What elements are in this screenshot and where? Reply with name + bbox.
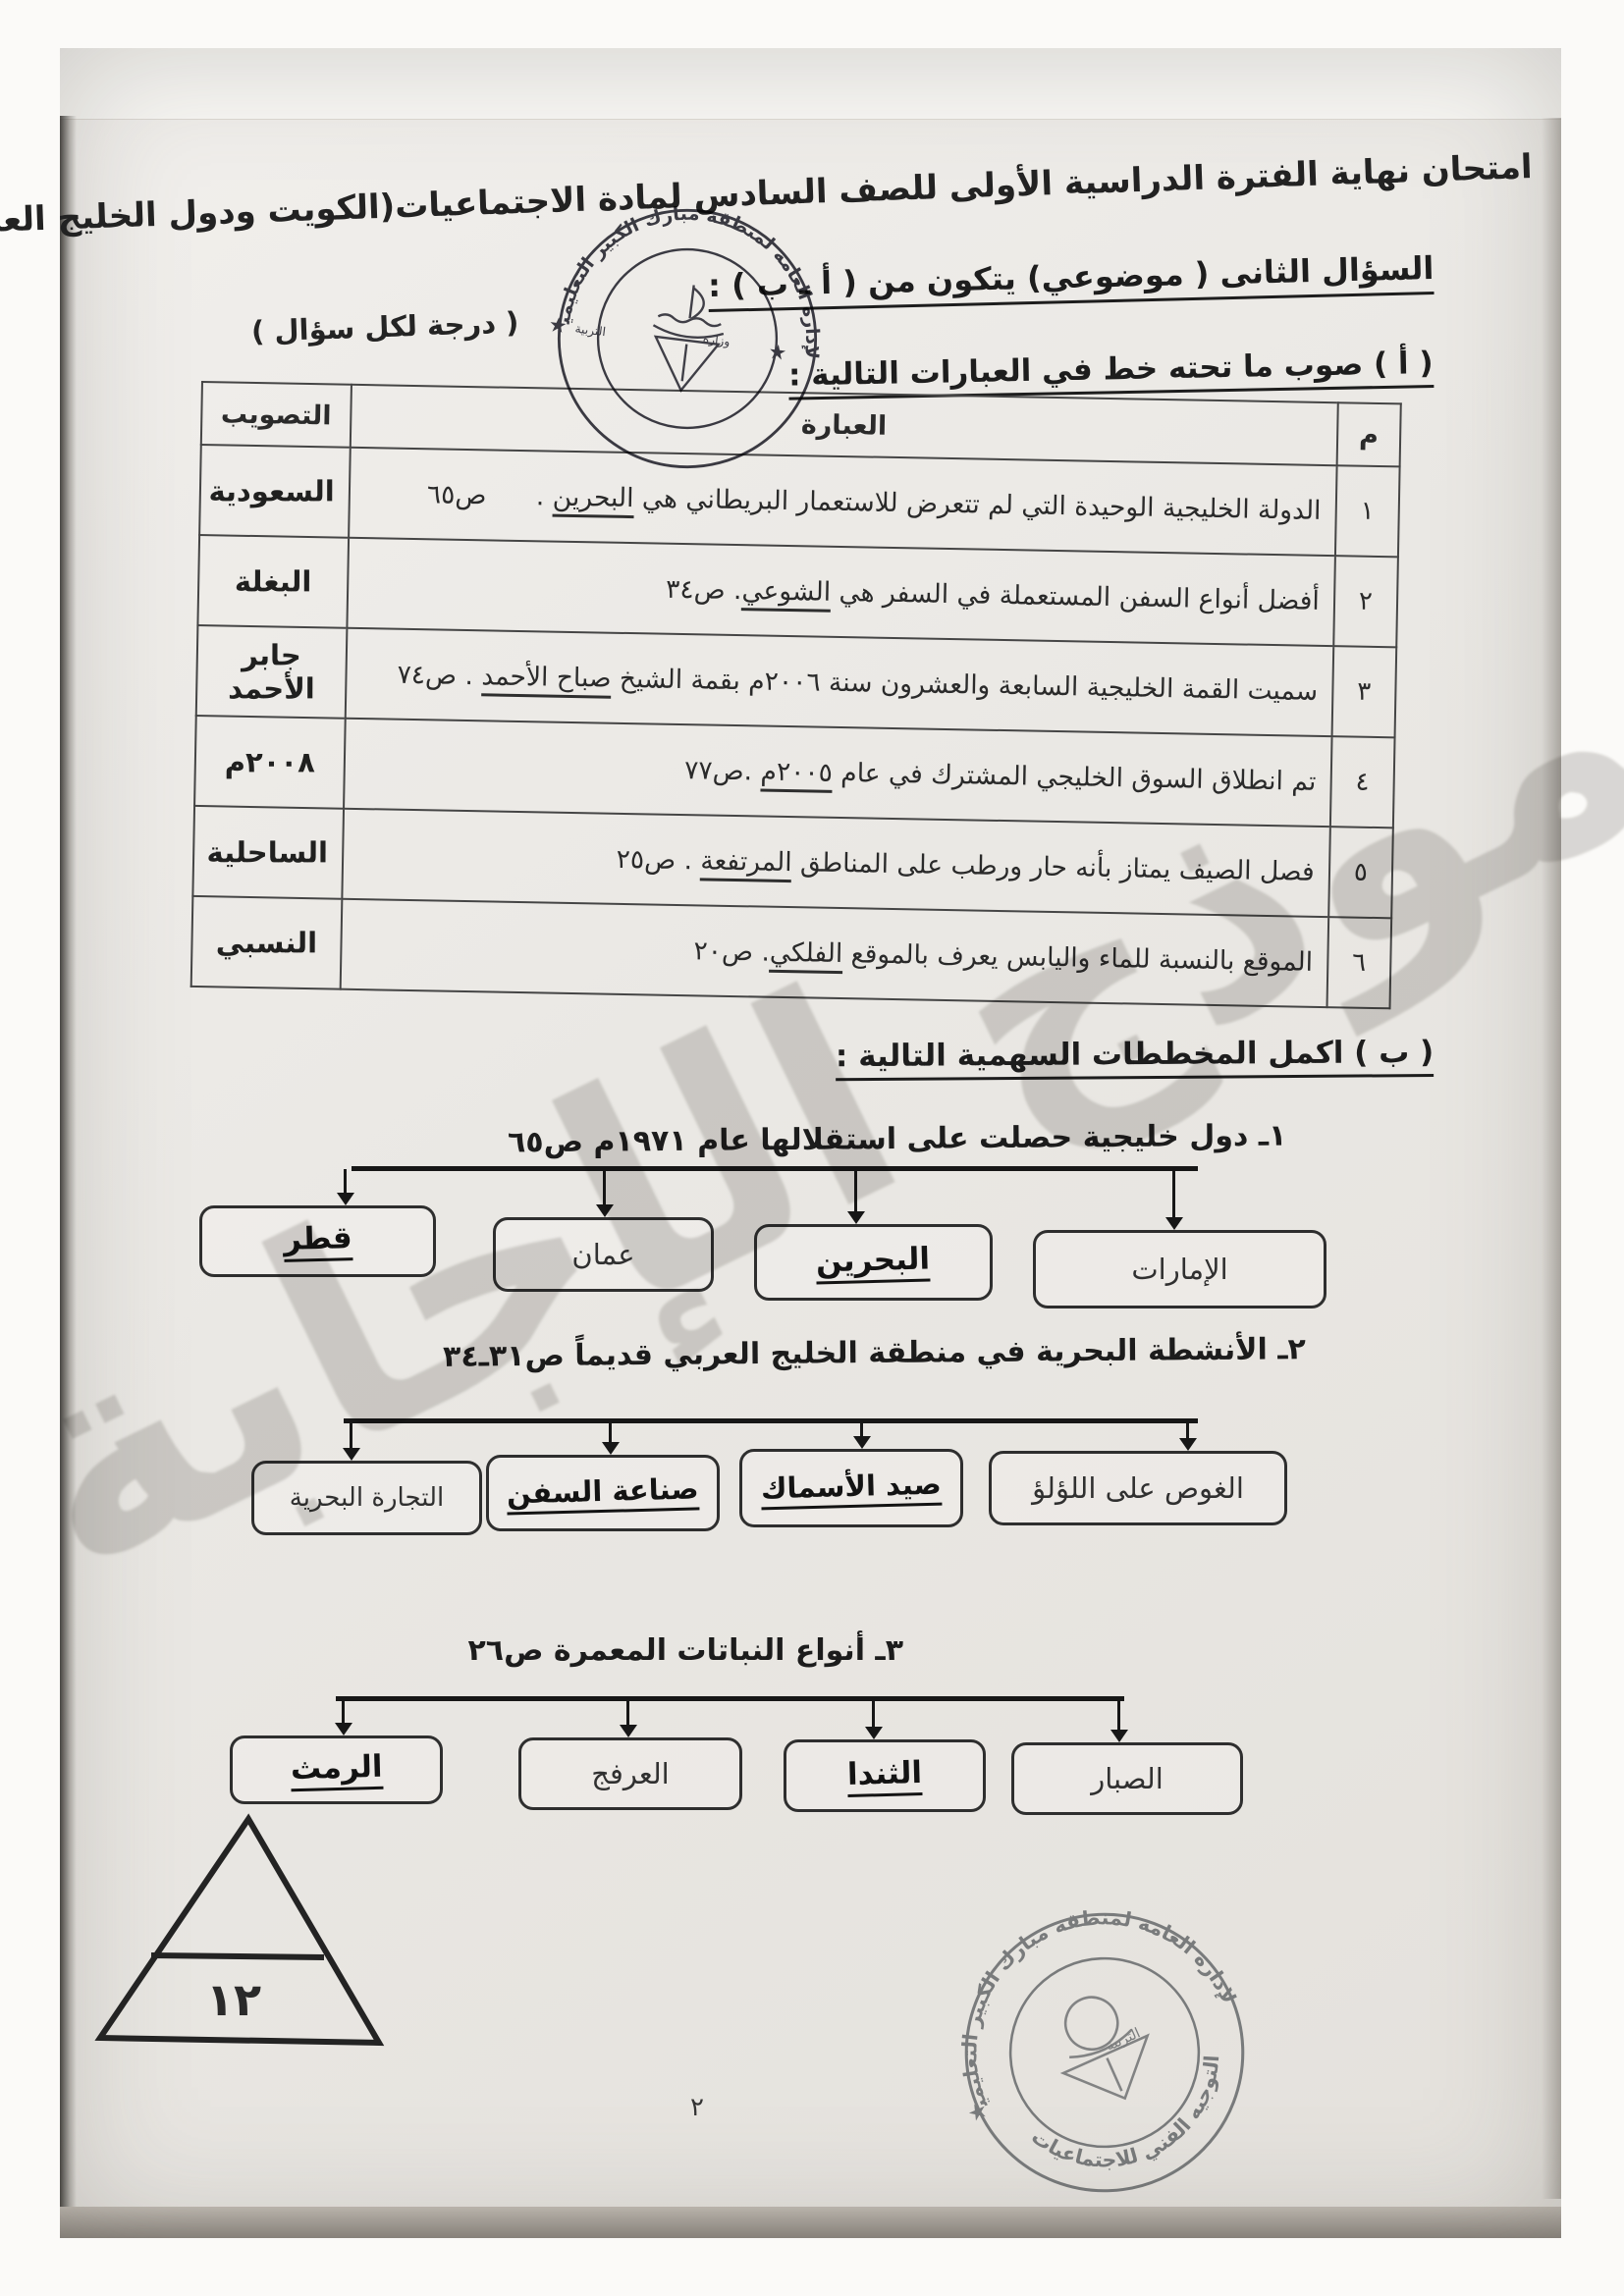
chart1-box: الإمارات	[1033, 1230, 1326, 1308]
seal-star-right-icon: ★	[767, 340, 787, 365]
correction-cell: البغلة	[198, 536, 348, 626]
arrow-down-icon	[609, 1421, 612, 1443]
seal-ministry-word2: التربية	[574, 322, 607, 341]
row-number: ٤	[1330, 736, 1395, 828]
statement-text: أفضل أنواع السفن المستعملة في السفر هي	[831, 576, 1320, 615]
statement-text: سميت القمة الخليجية السابعة والعشرون سنة…	[611, 663, 1318, 706]
statement-ref: . ص٢٥	[616, 843, 700, 876]
grade-value: ١٢	[206, 1973, 261, 2026]
row-number: ١	[1335, 465, 1400, 557]
row-number: ٦	[1326, 917, 1391, 1008]
correction-cell: جابر الأحمد	[197, 626, 347, 717]
seal-ministry-word: وزارة	[702, 332, 731, 349]
underlined-term: الفلكي	[770, 936, 843, 973]
chart1-box-answer: البحرين	[754, 1224, 993, 1301]
page-number: ٢	[690, 2093, 704, 2122]
statement-text: الدولة الخليجية الوحيدة التي لم تتعرض لل…	[633, 483, 1321, 526]
correction-cell: الساحلية	[193, 807, 343, 897]
box-label: الصبار	[1091, 1762, 1164, 1795]
scan-right-shadow	[1542, 118, 1561, 2199]
box-label: الإمارات	[1131, 1253, 1227, 1286]
chart3-box-answer: الرمث	[230, 1735, 443, 1804]
grade-triangle: ١٢	[86, 1809, 393, 2056]
arrow-down-icon	[1172, 1169, 1175, 1218]
box-label: الغوص على اللؤلؤ	[1032, 1471, 1244, 1505]
correction-cell: السعودية	[200, 446, 350, 536]
chart2-box: الغوص على اللؤلؤ	[989, 1451, 1287, 1525]
statement-text: الموقع بالنسبة للماء واليابس يعرف بالموق…	[842, 938, 1313, 978]
seal-ministry-word: التربية	[1104, 2025, 1143, 2054]
chart2-box-answer: صناعة السفن	[486, 1455, 720, 1531]
arrow-down-icon	[1186, 1421, 1189, 1439]
chart1-box: عمان	[493, 1217, 714, 1292]
underlined-term: ٢٠٠٥م	[760, 756, 833, 792]
chart1-connector-line	[352, 1166, 1198, 1171]
statement-ref: .ص٧٧	[684, 755, 761, 786]
section-b-title: ( ب ) اكمل المخططات السهمية التالية :	[836, 1035, 1435, 1081]
statement-ref: . ص٧٤	[397, 659, 481, 691]
chart3-connector-line	[336, 1696, 1124, 1701]
underlined-term: البحرين	[552, 481, 633, 518]
arrow-down-icon	[344, 1169, 347, 1194]
scanned-exam-page: { "document": { "exam_header": "امتحان ن…	[0, 0, 1624, 2296]
statement-ref: . ص٦٥	[427, 479, 553, 511]
chart1-box-answer: قطر	[199, 1205, 436, 1277]
arrow-down-icon	[1117, 1699, 1120, 1731]
chart2-box: التجارة البحرية	[251, 1461, 482, 1535]
chart3-heading: ٣ـ أنواع النباتات المعمرة ص٢٦	[467, 1633, 903, 1668]
box-label: قطر	[283, 1220, 352, 1262]
chart2-box-answer: صيد الأسماك	[739, 1449, 963, 1527]
underlined-term: المرتفعة	[700, 845, 792, 882]
arrow-down-icon	[603, 1169, 606, 1205]
statement-ref: . ص٣٤	[666, 573, 742, 605]
arrow-down-icon	[872, 1699, 875, 1728]
seal-star-left-icon: ★	[548, 312, 568, 338]
chart3-box: الصبار	[1011, 1742, 1243, 1815]
arrow-down-icon	[860, 1421, 863, 1437]
desk-edge-band	[60, 2207, 1561, 2238]
correction-cell: ٢٠٠٨م	[195, 717, 345, 807]
paper-top-edge	[60, 48, 1561, 120]
ministry-emblem-icon	[1039, 1981, 1167, 2117]
row-number: ٥	[1328, 827, 1393, 918]
box-label: صيد الأسماك	[761, 1467, 943, 1510]
row-number: ٢	[1333, 556, 1398, 647]
statement-text: تم انطلاق السوق الخليجي المشترك في عام	[833, 757, 1317, 796]
correction-cell: النسبي	[191, 897, 341, 988]
arrow-down-icon	[626, 1699, 629, 1726]
box-label: التجارة البحرية	[290, 1483, 444, 1513]
arrow-down-icon	[350, 1421, 352, 1449]
underlined-term: الشوعي	[741, 575, 831, 613]
box-label: عمان	[571, 1238, 634, 1271]
chart3-box: العرفج	[518, 1737, 742, 1810]
chart2-connector-line	[344, 1418, 1198, 1423]
ministry-seal-stamp: الإدارة العامة لمنطقة مبارك الكبير التعل…	[532, 184, 842, 494]
box-label: الرمث	[290, 1748, 383, 1790]
statement-ref: . ص٢٠	[693, 935, 770, 967]
box-label: الثندا	[846, 1755, 922, 1797]
chart1-heading: ١ـ دول خليجية حصلت على استقلالها عام ١٩٧…	[508, 1119, 1287, 1160]
box-label: العرفج	[591, 1757, 669, 1790]
header-num: م	[1336, 402, 1400, 466]
chart3-box-answer: الثندا	[784, 1739, 986, 1812]
box-label: البحرين	[816, 1241, 931, 1284]
header-correction: التصويب	[201, 382, 352, 448]
scan-left-shadow	[60, 116, 77, 2207]
box-label: صناعة السفن	[507, 1471, 700, 1515]
statement-text: فصل الصيف يمتاز بأنه حار ورطب على المناط…	[791, 847, 1315, 887]
underlined-term: صباح الأحمد	[481, 661, 612, 698]
statement-cell: الموقع بالنسبة للماء واليابس يعرف بالموق…	[340, 899, 1327, 1007]
arrow-down-icon	[854, 1169, 857, 1212]
row-number: ٣	[1331, 646, 1396, 737]
arrow-down-icon	[342, 1699, 345, 1724]
